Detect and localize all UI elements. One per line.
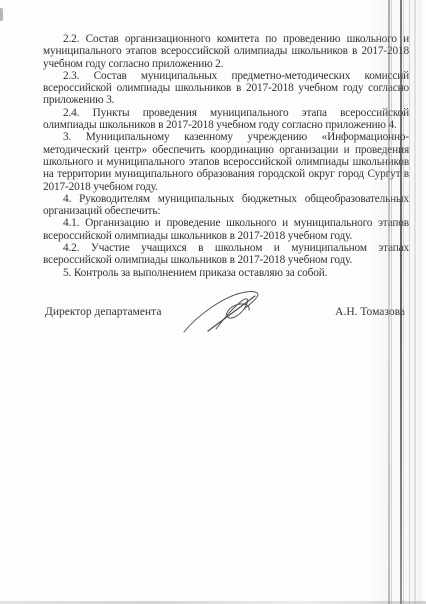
scanned-document-page: 2.2. Состав организационного комитета по… (0, 0, 426, 604)
signer-position-label: Директор департамента (45, 306, 161, 318)
paragraph-3: 3. Муниципальному казенному учреждению «… (43, 131, 409, 192)
paragraph-5: 5. Контроль за выполнением приказа остав… (43, 267, 409, 279)
handwritten-signature-icon (176, 279, 272, 337)
paragraph-2-4: 2.4. Пункты проведения муниципального эт… (43, 107, 409, 132)
scan-artifact-line (414, 0, 416, 604)
scan-artifact-line (409, 0, 410, 604)
paragraph-4-2: 4.2. Участие учащихся в школьном и муниц… (43, 242, 409, 267)
paragraph-2-3: 2.3. Состав муниципальных предметно-мето… (43, 70, 409, 107)
scan-edge-notch (0, 8, 3, 21)
document-body-text: 2.2. Состав организационного комитета по… (43, 33, 409, 279)
signer-name: А.Н. Томазова (335, 306, 405, 318)
paragraph-2-2: 2.2. Состав организационного комитета по… (43, 33, 409, 70)
paragraph-4: 4. Руководителям муниципальных бюджетных… (43, 193, 409, 218)
paragraph-4-1: 4.1. Организацию и проведение школьного … (43, 217, 409, 242)
